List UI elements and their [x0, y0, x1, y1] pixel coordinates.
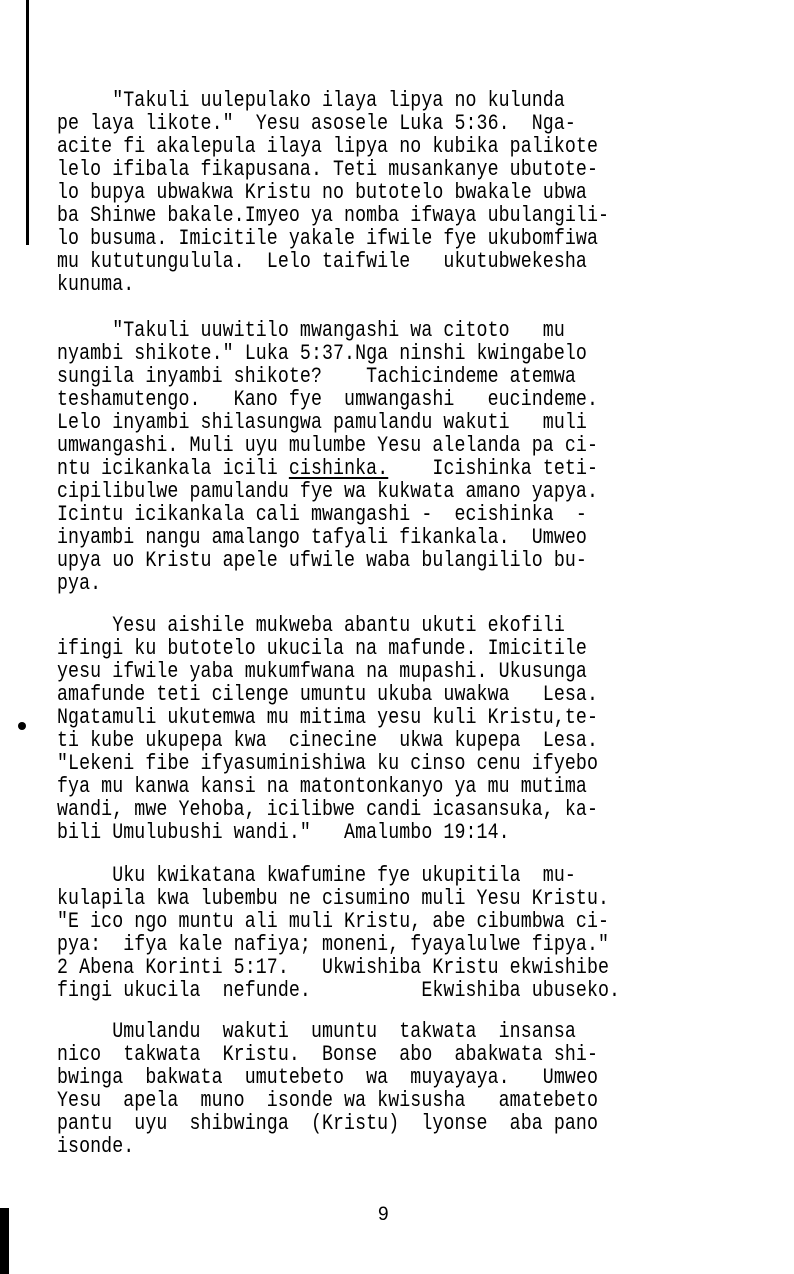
- text-line: "E ico ngo muntu ali muli Kristu, abe ci…: [57, 910, 621, 933]
- text-line: kulapila kwa lubembu ne cisumino muli Ye…: [57, 887, 621, 910]
- text-line: yesu ifwile yaba mukumfwana na mupashi. …: [57, 660, 621, 683]
- text-line: amafunde teti cilenge umuntu ukuba uwakw…: [57, 683, 621, 706]
- text-line: fingi ukucila nefunde. Ekwishiba ubuseko…: [57, 979, 621, 1002]
- scan-edge-mark: [0, 1208, 9, 1274]
- text-line: Umulandu wakuti umuntu takwata insansa: [57, 1020, 621, 1043]
- paragraph-4: Uku kwikatana kwafumine fye ukupitila mu…: [57, 864, 737, 1002]
- text-line: pya: ifya kale nafiya; moneni, fyayalulw…: [57, 933, 621, 956]
- text-line: Icintu icikankala cali mwangashi - ecish…: [57, 503, 621, 526]
- text-line: lo bupya ubwakwa Kristu no butotelo bwak…: [57, 181, 621, 204]
- text-line: sungila inyambi shikote? Tachicindeme at…: [57, 365, 621, 388]
- text-line: lo busuma. Imicitile yakale ifwile fye u…: [57, 227, 621, 250]
- text-line: "Takuli uuwitilo mwangashi wa citoto mu: [57, 319, 621, 342]
- text-line: 2 Abena Korinti 5:17. Ukwishiba Kristu e…: [57, 956, 621, 979]
- scanned-page: "Takuli uulepulako ilaya lipya no kulund…: [0, 0, 794, 1274]
- paragraph-5: Umulandu wakuti umuntu takwata insansani…: [57, 1020, 737, 1158]
- text-line: nico takwata Kristu. Bonse abo abakwata …: [57, 1043, 621, 1066]
- text-line: Uku kwikatana kwafumine fye ukupitila mu…: [57, 864, 621, 887]
- text-line: isonde.: [57, 1135, 621, 1158]
- text-line: bili Umulubushi wandi." Amalumbo 19:14.: [57, 821, 621, 844]
- text-line: pya.: [57, 572, 621, 595]
- text-line: acite fi akalepula ilaya lipya no kubika…: [57, 135, 621, 158]
- text-line: ti kube ukupepa kwa cinecine ukwa kupepa…: [57, 729, 621, 752]
- text-line: ba Shinwe bakale.Imyeo ya nomba ifwaya u…: [57, 204, 621, 227]
- paragraph-1: "Takuli uulepulako ilaya lipya no kulund…: [57, 89, 737, 296]
- text-line: kunuma.: [57, 273, 621, 296]
- text-line: pantu uyu shibwinga (Kristu) lyonse aba …: [57, 1112, 621, 1135]
- text-line: pe laya likote." Yesu asosele Luka 5:36.…: [57, 112, 621, 135]
- text-line: Yesu apela muno isonde wa kwisusha amate…: [57, 1089, 621, 1112]
- scan-edge-line: [26, 0, 29, 245]
- text-line: bwinga bakwata umutebeto wa muyayaya. Um…: [57, 1066, 621, 1089]
- text-line: wandi, mwe Yehoba, icilibwe candi icasan…: [57, 798, 621, 821]
- text-line: mu kututungulula. Lelo taifwile ukutubwe…: [57, 250, 621, 273]
- text-line: Lelo inyambi shilasungwa pamulandu wakut…: [57, 411, 621, 434]
- text-line: umwangashi. Muli uyu mulumbe Yesu alelan…: [57, 434, 621, 457]
- text-line: fya mu kanwa kansi na matontonkanyo ya m…: [57, 775, 621, 798]
- text-line: Yesu aishile mukweba abantu ukuti ekofil…: [57, 614, 621, 637]
- text-line: cipilibulwe pamulandu fye wa kukwata ama…: [57, 480, 621, 503]
- margin-dot-mark: [18, 722, 26, 730]
- paragraph-2: "Takuli uuwitilo mwangashi wa citoto mun…: [57, 319, 737, 595]
- text-line: "Takuli uulepulako ilaya lipya no kulund…: [57, 89, 621, 112]
- text-line: lelo ifibala fikapusana. Teti musankanye…: [57, 158, 621, 181]
- text-line: Ngatamuli ukutemwa mu mitima yesu kuli K…: [57, 706, 621, 729]
- text-line: ntu icikankala icili cishinka. Icishinka…: [57, 457, 621, 480]
- paragraph-3: Yesu aishile mukweba abantu ukuti ekofil…: [57, 614, 737, 844]
- text-line: "Lekeni fibe ifyasuminishiwa ku cinso ce…: [57, 752, 621, 775]
- text-line: teshamutengo. Kano fye umwangashi eucind…: [57, 388, 621, 411]
- text-line: inyambi nangu amalango tafyali fikankala…: [57, 526, 621, 549]
- page-number: 9: [378, 1204, 389, 1226]
- text-line: upya uo Kristu apele ufwile waba bulangi…: [57, 549, 621, 572]
- text-line: nyambi shikote." Luka 5:37.Nga ninshi kw…: [57, 342, 621, 365]
- underlined-word: cishinka.: [289, 456, 388, 481]
- text-line: ifingi ku butotelo ukucila na mafunde. I…: [57, 637, 621, 660]
